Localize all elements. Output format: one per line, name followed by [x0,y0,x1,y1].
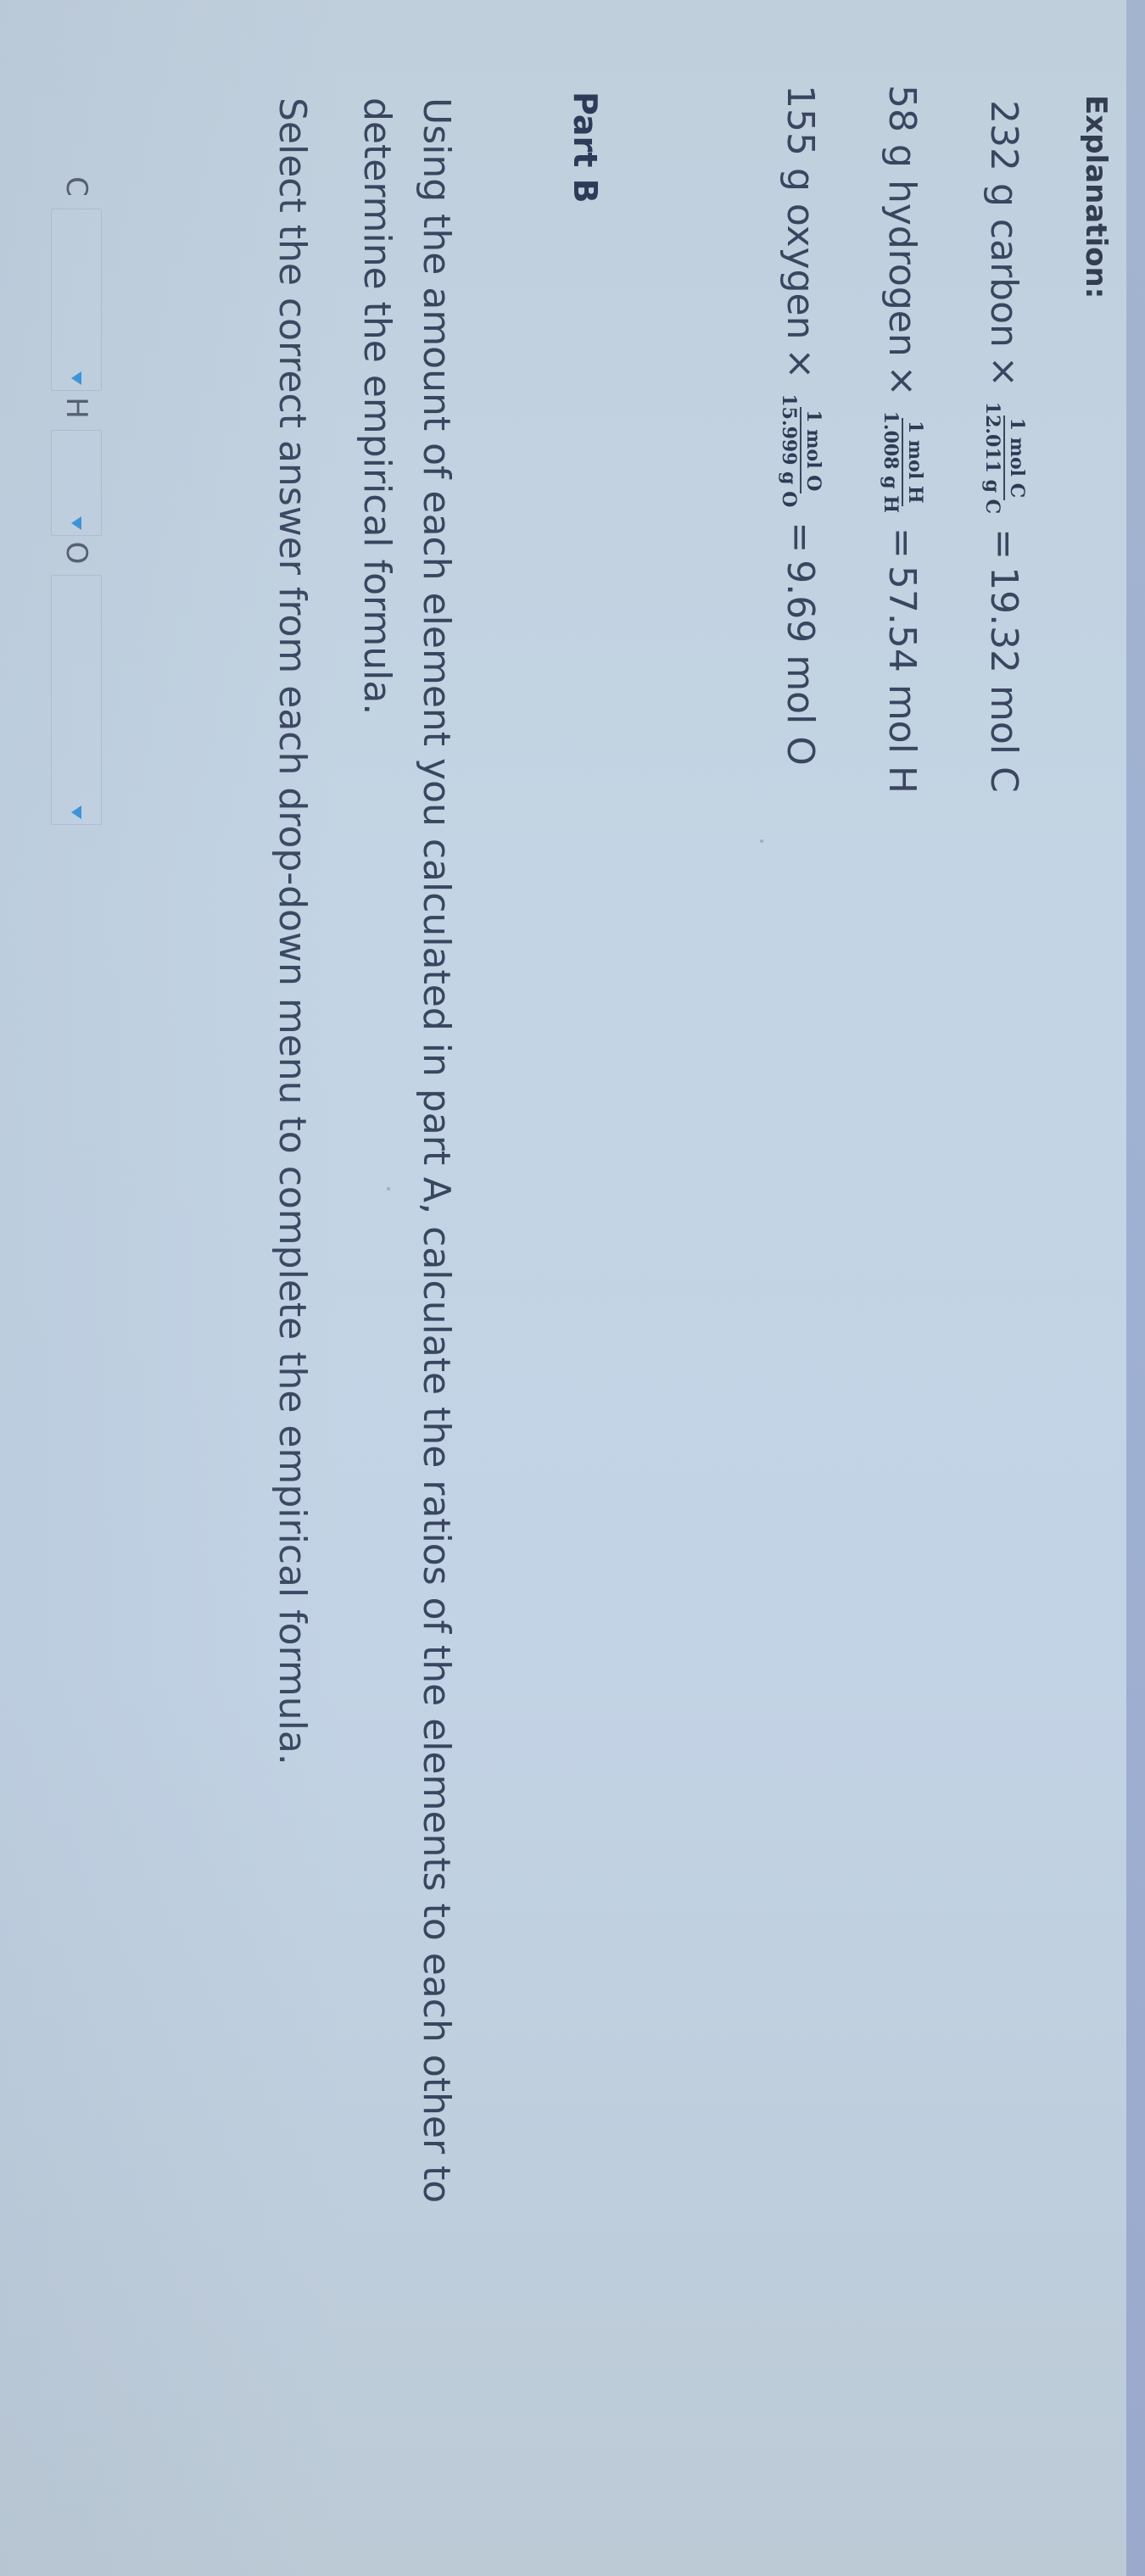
fraction-denominator: 12.011 g C [982,399,1003,516]
top-edge-band [1126,0,1145,2576]
calc-line-oxygen: 155 g oxygen × 1 mol O 15.999 g O = 9.69… [779,85,823,766]
element-name: hydrogen [880,180,924,357]
caret-down-icon [71,516,81,530]
result-value: 19.32 mol C [982,566,1025,793]
mass-unit: g [779,168,822,192]
equals-symbol: = [880,527,924,559]
times-symbol: × [779,348,822,379]
result-value: 57.54 mol H [880,566,924,794]
explanation-heading: Explanation: [1079,95,1113,298]
oxygen-subscript-dropdown[interactable] [51,575,102,825]
fraction-denominator: 1.008 g H [880,409,902,516]
times-symbol: × [982,356,1025,388]
result-value: 9.69 mol O [779,560,822,766]
times-symbol: × [880,365,924,397]
mass-value: 232 [982,100,1025,171]
element-name: oxygen [779,204,822,340]
equals-symbol: = [982,528,1025,560]
carbon-subscript-dropdown[interactable] [51,209,102,391]
element-symbol-c: C [59,170,93,204]
screen-speck [760,839,763,843]
question-page: Explanation: 232 g carbon × 1 mol C 12.0… [0,0,1145,2576]
caret-down-icon [71,806,81,819]
instruction-text: Using the amount of each element you cal… [415,98,458,2203]
mass-value: 58 [880,85,924,132]
fraction-numerator: 1 mol O [800,407,823,493]
hydrogen-subscript-dropdown[interactable] [51,430,102,536]
fraction-numerator: 1 mol H [902,418,924,506]
equals-symbol: = [779,521,822,553]
caret-down-icon [71,371,81,385]
conversion-fraction: 1 mol O 15.999 g O [779,391,823,510]
conversion-fraction: 1 mol C 12.011 g C [982,399,1026,516]
select-instruction-text: Select the correct answer from each drop… [271,98,314,1765]
fraction-numerator: 1 mol C [1003,415,1026,500]
part-b-heading: Part B [567,92,604,204]
calc-line-hydrogen: 58 g hydrogen × 1 mol H 1.008 g H = 57.5… [880,85,924,794]
screen-speck [387,1187,390,1190]
fraction-denominator: 15.999 g O [779,391,800,510]
mass-value: 155 [779,85,822,156]
element-symbol-o: O [59,536,93,570]
mass-unit: g [982,183,1025,207]
empirical-formula-row: C H O [47,170,106,825]
element-symbol-h: H [59,391,93,425]
conversion-fraction: 1 mol H 1.008 g H [880,409,924,516]
photo-viewport: Explanation: 232 g carbon × 1 mol C 12.0… [0,0,1145,2576]
mass-unit: g [880,144,924,168]
calc-line-carbon: 232 g carbon × 1 mol C 12.011 g C = 19.3… [982,100,1026,793]
instruction-text-continued: determine the empirical formula. [355,98,399,715]
element-name: carbon [982,219,1025,348]
